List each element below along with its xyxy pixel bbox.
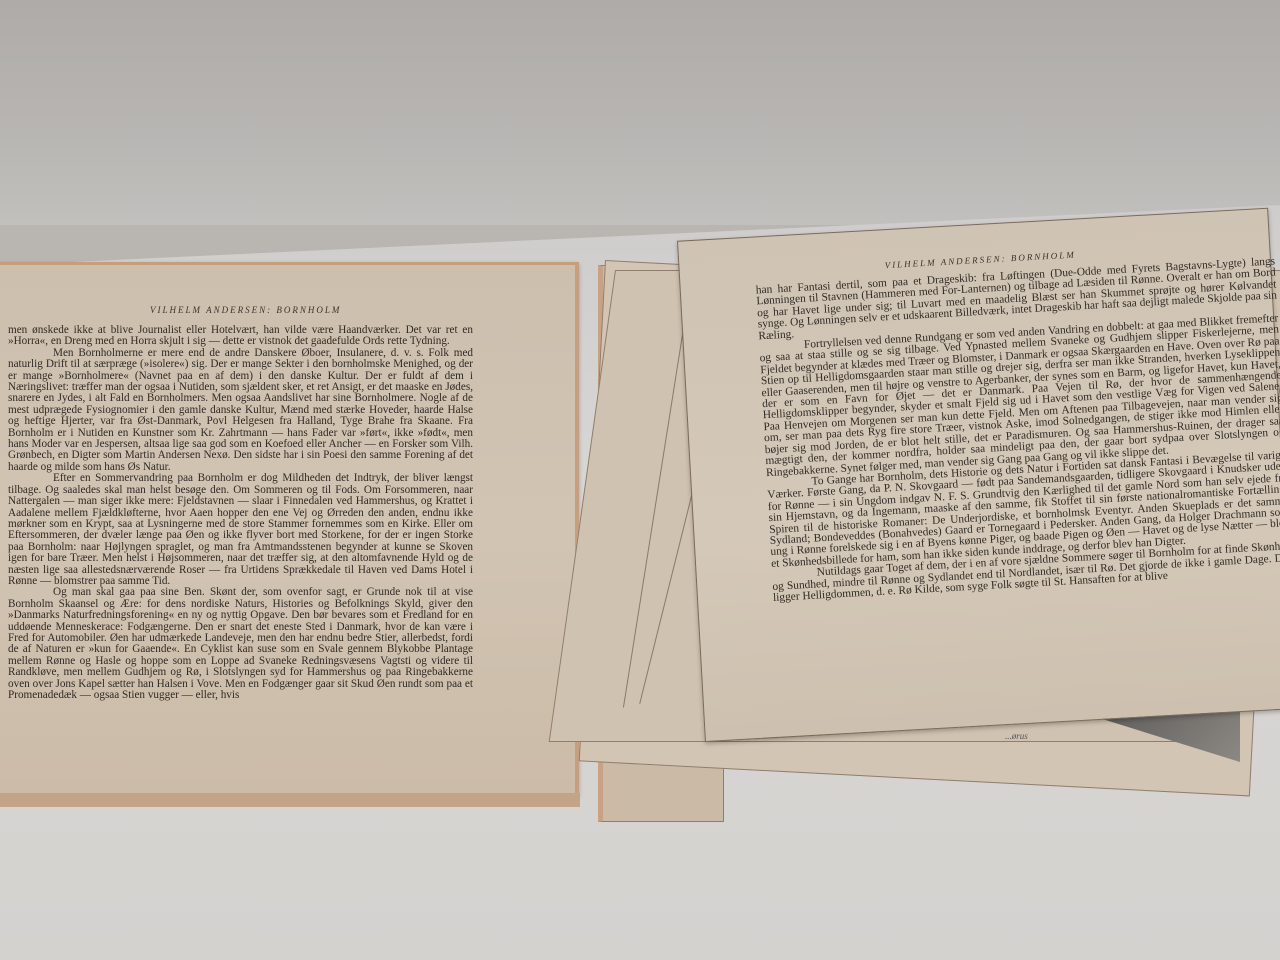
right-page-text: han har Fantasi dertil, som paa et Drage… (756, 256, 1280, 604)
running-header-left: VILHELM ANDERSEN: BORNHOLM (150, 305, 341, 315)
left-page-text: men ønskede ikke at blive Journalist ell… (8, 325, 473, 701)
right-book-page: VILHELM ANDERSEN: BORNHOLM han har Fanta… (677, 208, 1280, 742)
paragraph: Og man skal gaa paa sine Ben. Skønt der,… (8, 587, 473, 701)
paragraph: Men Bornholmerne er mere end de andre Da… (8, 348, 473, 473)
paragraph: men ønskede ikke at blive Journalist ell… (8, 325, 473, 348)
paragraph: Efter en Sommervandring paa Bornholm er … (8, 473, 473, 587)
left-book-page: VILHELM ANDERSEN: BORNHOLM men ønskede i… (0, 262, 579, 795)
background-wall (0, 0, 1280, 225)
caption-fragment: ...ørus (1005, 731, 1028, 741)
page-bottom-edge (0, 793, 580, 807)
